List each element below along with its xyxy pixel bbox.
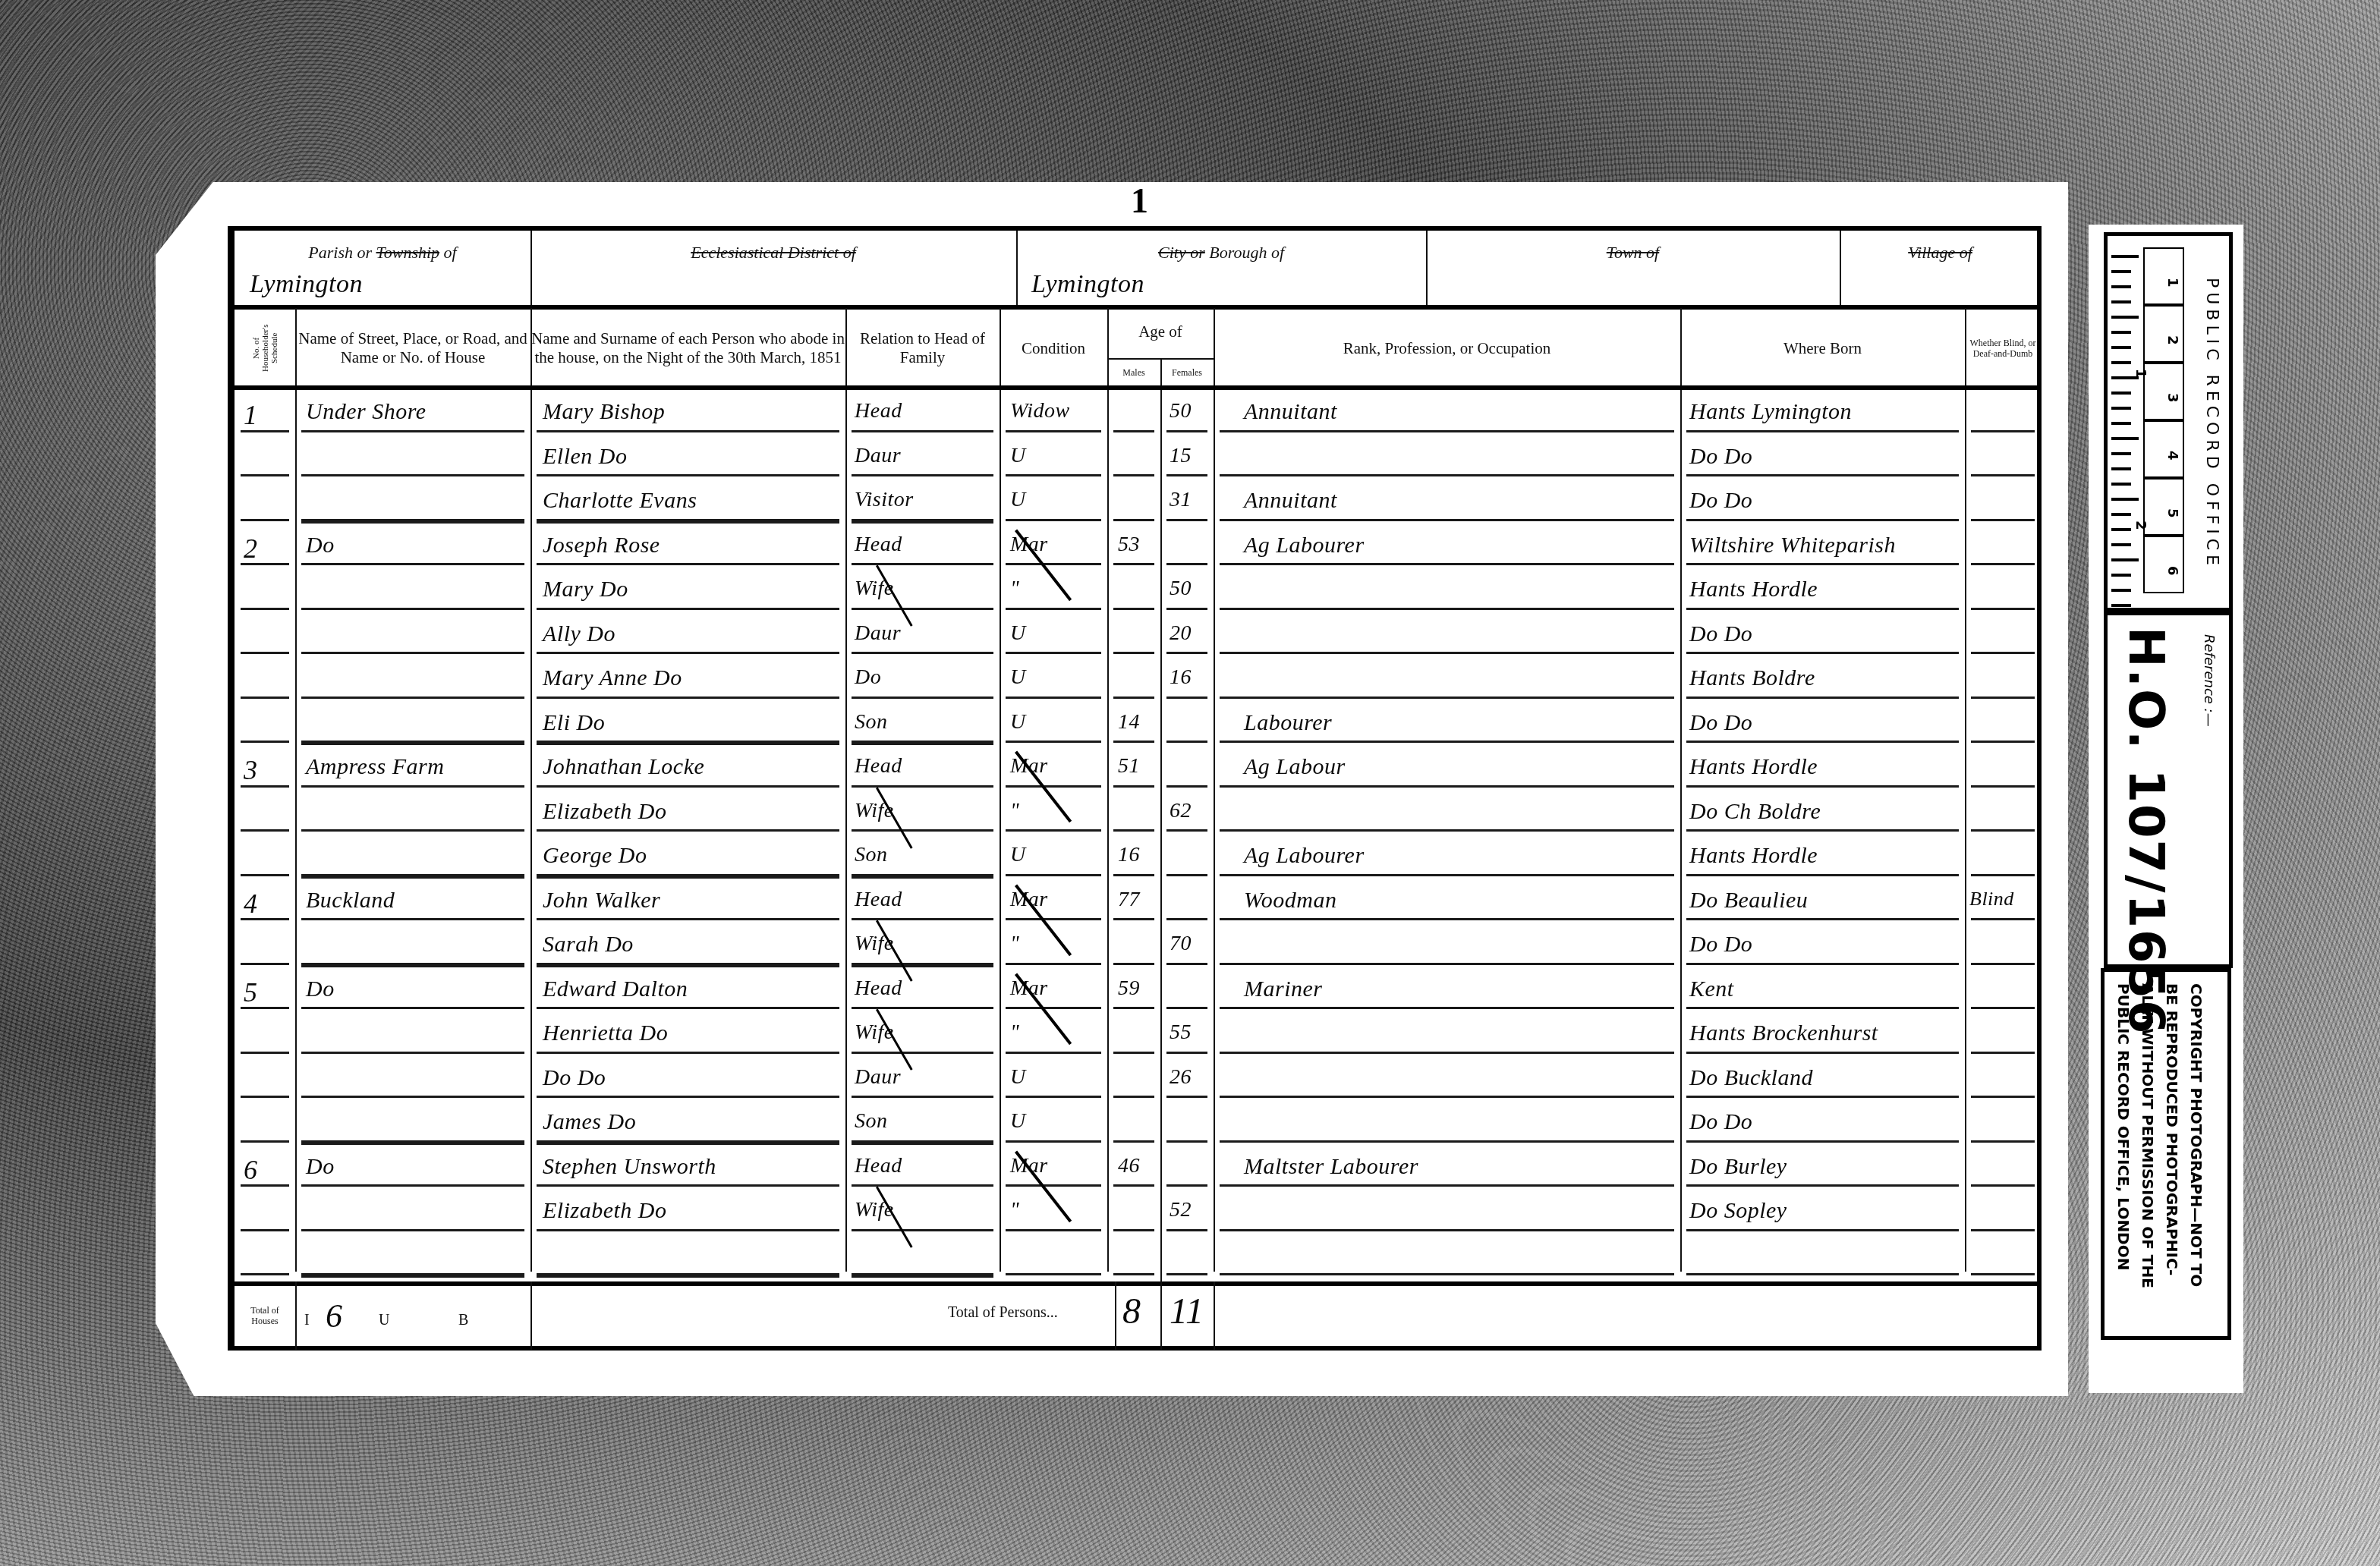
- row-rule: [1220, 829, 1674, 832]
- cell-where-born: Do Do: [1689, 1109, 1752, 1135]
- row-rule: [1113, 785, 1154, 788]
- scale-tick: [2111, 316, 2139, 319]
- cell-relation: Daur: [855, 444, 901, 468]
- cell-where-born: Hants Hordle: [1689, 577, 1818, 602]
- row-rule: [241, 1140, 289, 1143]
- row-rule: [852, 519, 993, 524]
- row-rule: [1006, 697, 1101, 699]
- row-rule: [1166, 608, 1207, 610]
- cell-relation: Son: [855, 843, 888, 867]
- row-rule: [537, 874, 839, 879]
- header-field-label-1: Ecclesiastical District of: [530, 243, 1016, 263]
- cell-name: John Walker: [543, 888, 660, 913]
- row-rule: [1166, 1052, 1207, 1054]
- row-rule: [1006, 1229, 1101, 1231]
- cell-female-age: 31: [1170, 488, 1192, 512]
- cell-where-born: Hants Lymington: [1689, 399, 1852, 425]
- row-rule: [537, 1184, 839, 1187]
- cell-where-born: Wiltshire Whiteparish: [1689, 533, 1896, 558]
- cell-female-age: 55: [1170, 1020, 1192, 1045]
- row-rule: [537, 563, 839, 565]
- row-rule: [852, 1229, 993, 1231]
- column-divider: [1160, 1281, 1162, 1350]
- cell-relation: Wife: [855, 1198, 894, 1222]
- copyright-line: ALLY WITHOUT PERMISSION OF THE: [2136, 983, 2160, 1288]
- column-divider: [1115, 1281, 1116, 1350]
- cell-name: Joseph Rose: [543, 533, 660, 558]
- cell-relation: Head: [855, 533, 902, 557]
- cell-male-age: 53: [1118, 533, 1140, 557]
- cell-name: Elizabeth Do: [543, 1198, 667, 1224]
- row-rule: [1113, 430, 1154, 432]
- row-rule: [1220, 918, 1674, 920]
- column-divider: [1000, 308, 1001, 1272]
- row-rule: [1166, 785, 1207, 788]
- cell-where-born: Do Ch Boldre: [1689, 799, 1821, 825]
- row-rule: [1006, 474, 1101, 476]
- row-rule: [852, 430, 993, 432]
- row-rule: [852, 1096, 993, 1098]
- row-rule: [1971, 652, 2035, 654]
- row-rule: [1220, 1096, 1674, 1098]
- row-rule: [301, 1184, 524, 1187]
- cell-name: James Do: [543, 1109, 636, 1135]
- scale-tick: [2111, 467, 2131, 470]
- row-rule: [241, 829, 289, 832]
- cell-street: Under Shore: [306, 399, 427, 425]
- scale-tick: [2111, 331, 2131, 334]
- row-rule: [241, 1052, 289, 1054]
- row-rule: [1971, 563, 2035, 565]
- row-rule: [1220, 963, 1674, 965]
- cell-where-born: Hants Hordle: [1689, 754, 1818, 780]
- scale-cm-cell: [2143, 536, 2184, 593]
- row-rule: [1686, 697, 1959, 699]
- cell-condition: ": [1010, 1198, 1019, 1222]
- row-rule: [301, 519, 524, 524]
- cell-where-born: Do Do: [1689, 444, 1752, 470]
- row-rule: [537, 430, 839, 432]
- cell-name: Elizabeth Do: [543, 799, 667, 825]
- cell-name: Mary Bishop: [543, 399, 665, 425]
- row-rule: [1113, 474, 1154, 476]
- row-rule: [1166, 1229, 1207, 1231]
- row-rule: [1166, 1007, 1207, 1009]
- row-rule: [301, 1140, 524, 1145]
- row-rule: [1006, 563, 1101, 565]
- scale-cm-label: 6: [2164, 566, 2180, 576]
- cell-name: Henrietta Do: [543, 1020, 668, 1046]
- row-rule: [1971, 1052, 2035, 1054]
- cell-female-age: 70: [1170, 932, 1192, 956]
- row-rule: [1113, 697, 1154, 699]
- row-rule: [537, 519, 839, 524]
- cell-where-born: Do Do: [1689, 710, 1752, 736]
- census-table: Parish or Township ofLymingtonEcclesiast…: [228, 226, 2042, 1351]
- column-header-relation: Relation to Head of Family: [845, 314, 1000, 382]
- row-rule: [537, 741, 839, 745]
- row-rule: [1971, 474, 2035, 476]
- row-rule: [1166, 563, 1207, 565]
- reference-strip: PUBLIC RECORD OFFICE Reference :— H.O. 1…: [2089, 225, 2243, 1393]
- row-rule: [1166, 1140, 1207, 1143]
- row-rule: [537, 918, 839, 920]
- cell-relation: Daur: [855, 1065, 901, 1090]
- cell-female-age: 26: [1170, 1065, 1192, 1090]
- row-rule: [1220, 1229, 1674, 1231]
- row-rule: [852, 563, 993, 565]
- row-rule: [301, 430, 524, 432]
- cell-condition: Widow: [1010, 399, 1070, 423]
- row-rule: [1686, 1273, 1959, 1275]
- row-rule: [537, 1007, 839, 1009]
- row-rule: [301, 1273, 524, 1278]
- row-rule: [1113, 519, 1154, 521]
- column-divider: [1965, 308, 1966, 1272]
- row-rule: [1220, 430, 1674, 432]
- cell-name: Sarah Do: [543, 932, 634, 958]
- cell-relation: Son: [855, 1109, 888, 1134]
- row-rule: [301, 741, 524, 745]
- row-rule: [1113, 829, 1154, 832]
- row-rule: [1220, 608, 1674, 610]
- building-prefix: B: [458, 1312, 468, 1329]
- row-rule: [1006, 652, 1101, 654]
- column-divider: [1214, 1281, 1215, 1350]
- cell-female-age: 50: [1170, 577, 1192, 601]
- scale-tick: [2111, 437, 2139, 440]
- row-rule: [301, 608, 524, 610]
- cell-name: Ellen Do: [543, 444, 627, 470]
- row-rule: [1006, 608, 1101, 610]
- column-divider: [845, 308, 847, 1272]
- scale-tick: [2111, 528, 2131, 531]
- header-field-label-2: City or Borough of: [1016, 243, 1426, 263]
- row-rule: [1166, 697, 1207, 699]
- cell-schedule: 1: [244, 399, 258, 431]
- row-rule: [1166, 1273, 1207, 1275]
- row-rule: [1166, 874, 1207, 876]
- row-rule: [537, 785, 839, 788]
- row-rule: [1971, 1007, 2035, 1009]
- cell-occupation: Mariner: [1244, 976, 1323, 1002]
- row-rule: [1971, 1096, 2035, 1098]
- cell-relation: Head: [855, 754, 902, 778]
- page-number: 1: [1131, 181, 1148, 221]
- row-rule: [1686, 430, 1959, 432]
- scale-cm-cell: [2143, 478, 2184, 536]
- row-rule: [1971, 1229, 2035, 1231]
- cell-schedule: 4: [244, 888, 258, 920]
- row-rule: [301, 563, 524, 565]
- row-rule: [241, 1229, 289, 1231]
- cell-occupation: Ag Labour: [1244, 754, 1346, 780]
- row-rule: [1166, 652, 1207, 654]
- row-rule: [1006, 1184, 1101, 1187]
- row-rule: [241, 741, 289, 743]
- cell-where-born: Do Beaulieu: [1689, 888, 1808, 913]
- row-rule: [1686, 874, 1959, 876]
- row-rule: [1686, 652, 1959, 654]
- row-rule: [1686, 829, 1959, 832]
- row-rule: [1166, 1096, 1207, 1098]
- row-rule: [1220, 1273, 1674, 1275]
- row-rule: [1166, 430, 1207, 432]
- row-rule: [241, 697, 289, 699]
- cell-relation: Visitor: [855, 488, 914, 512]
- row-rule: [301, 785, 524, 788]
- row-rule: [1220, 519, 1674, 521]
- row-rule: [301, 1052, 524, 1054]
- row-rule: [537, 1273, 839, 1278]
- row-rule: [537, 1096, 839, 1098]
- row-rule: [1006, 741, 1101, 743]
- row-rule: [1166, 1184, 1207, 1187]
- uninhabited-prefix: U: [379, 1312, 389, 1329]
- cell-relation: Head: [855, 976, 902, 1001]
- column-header-occupation: Rank, Profession, or Occupation: [1214, 314, 1680, 382]
- row-rule: [1686, 1140, 1959, 1143]
- cell-where-born: Do Burley: [1689, 1154, 1787, 1180]
- column-header-name: Name and Surname of each Person who abod…: [530, 314, 845, 382]
- scale-tick: [2111, 422, 2131, 425]
- cell-male-age: 51: [1118, 754, 1140, 778]
- cell-condition: U: [1010, 710, 1026, 734]
- cell-schedule: 5: [244, 976, 258, 1008]
- total-persons-label: Total of Persons...: [948, 1304, 1058, 1322]
- row-rule: [852, 608, 993, 610]
- row-rule: [301, 1096, 524, 1098]
- cell-condition: U: [1010, 621, 1026, 646]
- cell-relation: Daur: [855, 621, 901, 646]
- cell-occupation: Ag Labourer: [1244, 843, 1365, 869]
- row-rule: [852, 1007, 993, 1009]
- cell-relation: Head: [855, 399, 902, 423]
- scale-cm-label: 5: [2164, 508, 2180, 518]
- row-rule: [241, 1273, 289, 1275]
- cell-male-age: 14: [1118, 710, 1140, 734]
- row-rule: [1113, 741, 1154, 743]
- cell-where-born: Do Buckland: [1689, 1065, 1813, 1091]
- cell-female-age: 62: [1170, 799, 1192, 823]
- row-rule: [1006, 1096, 1101, 1098]
- scale-cm-label: 3: [2164, 393, 2180, 403]
- cell-occupation: Woodman: [1244, 888, 1336, 913]
- cell-condition: U: [1010, 444, 1026, 468]
- row-rule: [1006, 430, 1101, 432]
- row-rule: [852, 1140, 993, 1145]
- scale-cm-label: 1: [2164, 278, 2180, 288]
- row-rule: [1166, 918, 1207, 920]
- row-rule: [1971, 430, 2035, 432]
- row-rule: [1220, 1184, 1674, 1187]
- row-rule: [1113, 1229, 1154, 1231]
- cell-where-born: Do Sopley: [1689, 1198, 1787, 1224]
- row-rule: [537, 829, 839, 832]
- header-divider: [530, 231, 532, 305]
- header-field-value-0: Lymington: [250, 270, 363, 299]
- cell-name: George Do: [543, 843, 647, 869]
- cell-blind: Blind: [1969, 888, 2014, 910]
- row-rule: [1113, 563, 1154, 565]
- cell-relation: Head: [855, 1154, 902, 1178]
- total-males: 8: [1122, 1291, 1141, 1332]
- cell-male-age: 46: [1118, 1154, 1140, 1178]
- row-rule: [241, 652, 289, 654]
- row-rule: [1971, 785, 2035, 788]
- cell-street: Do: [306, 976, 335, 1002]
- row-rule: [301, 652, 524, 654]
- row-rule: [1220, 1052, 1674, 1054]
- row-rule: [1113, 1052, 1154, 1054]
- cell-name: Do Do: [543, 1065, 606, 1091]
- row-rule: [1113, 652, 1154, 654]
- cell-relation: Wife: [855, 799, 894, 823]
- row-rule: [1006, 963, 1101, 965]
- total-houses-label: Total of Houses: [238, 1289, 292, 1342]
- scale-tick: [2111, 255, 2139, 258]
- copyright-line: BE REPRODUCED PHOTOGRAPHIC-: [2160, 983, 2184, 1288]
- column-header-age-of: Age of: [1107, 313, 1214, 351]
- row-rule: [1686, 741, 1959, 743]
- cell-relation: Son: [855, 710, 888, 734]
- row-rule: [1686, 519, 1959, 521]
- row-rule: [537, 963, 839, 967]
- scale-tick: [2111, 361, 2131, 364]
- row-rule: [241, 519, 289, 521]
- cell-female-age: 50: [1170, 399, 1192, 423]
- row-rule: [537, 608, 839, 610]
- row-rule: [1113, 608, 1154, 610]
- scale-tick: [2111, 589, 2131, 592]
- row-rule: [1006, 1007, 1101, 1009]
- cell-schedule: 2: [244, 533, 258, 564]
- row-rule: [1686, 1096, 1959, 1098]
- cell-relation: Wife: [855, 932, 894, 956]
- cell-schedule: 3: [244, 754, 258, 786]
- row-rule: [1220, 1140, 1674, 1143]
- row-rule: [1166, 519, 1207, 521]
- inhabited-prefix: I: [304, 1312, 310, 1329]
- row-rule: [1971, 519, 2035, 521]
- row-rule: [1686, 1184, 1959, 1187]
- reference-label: Reference :—: [2201, 634, 2217, 727]
- age-divider: [1107, 358, 1214, 360]
- row-rule: [537, 652, 839, 654]
- row-rule: [1113, 1007, 1154, 1009]
- row-rule: [1971, 963, 2035, 965]
- inhabited-count: 6: [326, 1297, 343, 1335]
- row-rule: [1971, 608, 2035, 610]
- scale-tick: [2111, 346, 2131, 349]
- row-rule: [852, 1184, 993, 1187]
- row-rule: [301, 1229, 524, 1231]
- scale-tick: [2111, 391, 2131, 395]
- row-rule: [1113, 1273, 1154, 1275]
- row-rule: [1220, 697, 1674, 699]
- cell-occupation: Labourer: [1244, 710, 1332, 736]
- column-divider: [1107, 308, 1109, 1272]
- row-rule: [1971, 829, 2035, 832]
- row-rule: [852, 785, 993, 788]
- cell-schedule: 6: [244, 1154, 258, 1186]
- header-divider: [1426, 231, 1428, 305]
- column-divider: [1214, 308, 1215, 1272]
- row-rule: [1686, 1052, 1959, 1054]
- row-rule: [1686, 1229, 1959, 1231]
- row-rule: [241, 1096, 289, 1098]
- row-rule: [241, 963, 289, 965]
- row-rule: [852, 741, 993, 745]
- row-rule: [1686, 963, 1959, 965]
- pro-title: PUBLIC RECORD OFFICE: [2202, 246, 2221, 602]
- row-rule: [537, 1229, 839, 1231]
- column-header-rule: [235, 385, 2041, 390]
- cell-occupation: Annuitant: [1244, 399, 1337, 425]
- column-header-males: Males: [1107, 361, 1160, 384]
- row-rule: [1220, 563, 1674, 565]
- column-divider: [295, 1281, 297, 1350]
- totals-rule: [235, 1281, 2041, 1286]
- cell-name: Mary Do: [543, 577, 628, 602]
- scale-cm-cell: [2143, 420, 2184, 478]
- row-rule: [1686, 1007, 1959, 1009]
- copyright-line: COPYRIGHT PHOTOGRAPH—NOT TO: [2184, 983, 2208, 1288]
- row-rule: [1166, 474, 1207, 476]
- scale-tick: [2111, 558, 2139, 561]
- cell-condition: U: [1010, 1109, 1026, 1134]
- column-divider: [1160, 360, 1162, 1323]
- cell-female-age: 16: [1170, 665, 1192, 690]
- cell-female-age: 20: [1170, 621, 1192, 646]
- row-rule: [1971, 697, 2035, 699]
- cell-name: Ally Do: [543, 621, 615, 647]
- row-rule: [1166, 963, 1207, 965]
- scale-tick: [2111, 407, 2131, 410]
- cell-condition: U: [1010, 665, 1026, 690]
- row-rule: [241, 474, 289, 476]
- row-rule: [537, 1052, 839, 1054]
- row-rule: [537, 474, 839, 476]
- row-rule: [301, 697, 524, 699]
- cell-condition: ": [1010, 577, 1019, 601]
- row-rule: [852, 1052, 993, 1054]
- cell-street: Do: [306, 1154, 335, 1180]
- header-rule: [235, 305, 2041, 310]
- row-rule: [1686, 608, 1959, 610]
- cell-where-born: Kent: [1689, 976, 1734, 1002]
- row-rule: [1971, 741, 2035, 743]
- row-rule: [852, 1273, 993, 1278]
- cell-where-born: Hants Boldre: [1689, 665, 1815, 691]
- row-rule: [1113, 918, 1154, 920]
- cell-street: Do: [306, 533, 335, 558]
- row-rule: [1971, 918, 2035, 920]
- row-rule: [537, 1140, 839, 1145]
- cell-relation: Wife: [855, 577, 894, 601]
- scale-tick: [2111, 483, 2131, 486]
- row-rule: [1113, 1140, 1154, 1143]
- scale-tick: [2111, 452, 2131, 455]
- scale-cm-cell: [2143, 363, 2184, 420]
- row-rule: [1220, 1007, 1674, 1009]
- scale-inch-label: 2: [2133, 520, 2149, 530]
- row-rule: [1006, 519, 1101, 521]
- scale-tick: [2111, 285, 2131, 288]
- scale-cm-cell: [2143, 247, 2184, 305]
- column-divider: [1680, 308, 1682, 1272]
- row-rule: [241, 608, 289, 610]
